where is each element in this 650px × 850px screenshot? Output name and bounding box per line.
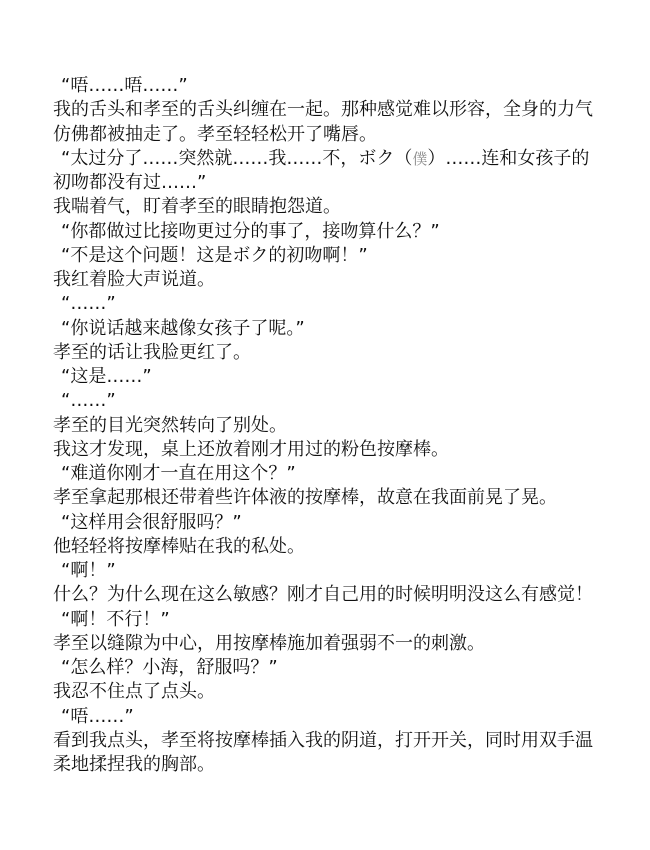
text-line-4: “太过分了……突然就……我……不，ボク（僕）……连和女孩子的 (53, 147, 613, 171)
text-line-8: “不是这个问题！这是ボク的初吻啊！” (53, 244, 613, 268)
text-line-1: “唔……唔……” (53, 74, 613, 98)
text-line-9: 我红着脸大声说道。 (53, 268, 613, 292)
text-line-20: 他轻轻将按摩棒贴在我的私处。 (53, 535, 613, 559)
document-page: “唔……唔……”我的舌头和孝至的舌头纠缠在一起。那种感觉难以形容，全身的力气仿佛… (0, 0, 650, 850)
text-line-16: 我这才发现，桌上还放着刚才用过的粉色按摩棒。 (53, 438, 613, 462)
text-line-11: “你说话越来越像女孩子了呢。” (53, 317, 613, 341)
page-text: “唔……唔……”我的舌头和孝至的舌头纠缠在一起。那种感觉难以形容，全身的力气仿佛… (53, 74, 613, 777)
text-line-15: 孝至的目光突然转向了别处。 (53, 414, 613, 438)
text-line-6: 我喘着气，盯着孝至的眼睛抱怨道。 (53, 195, 613, 219)
text-line-19: “这样用会很舒服吗？” (53, 511, 613, 535)
text-line-25: “怎么样？小海，舒服吗？” (53, 656, 613, 680)
text-line-12: 孝至的话让我脸更红了。 (53, 341, 613, 365)
text-line-21: “啊！” (53, 559, 613, 583)
text-line-24: 孝至以缝隙为中心，用按摩棒施加着强弱不一的刺激。 (53, 632, 613, 656)
text-line-10: “……” (53, 292, 613, 316)
text-line-14: “……” (53, 389, 613, 413)
text-line-7: “你都做过比接吻更过分的事了，接吻算什么？” (53, 220, 613, 244)
text-line-13: “这是……” (53, 365, 613, 389)
text-line-26: 我忍不住点了点头。 (53, 680, 613, 704)
text-line-3: 仿佛都被抽走了。孝至轻轻松开了嘴唇。 (53, 123, 613, 147)
text-line-23: “啊！不行！” (53, 608, 613, 632)
text-line-29: 柔地揉捏我的胸部。 (53, 753, 613, 777)
text-line-18: 孝至拿起那根还带着些许体液的按摩棒，故意在我面前晃了晃。 (53, 486, 613, 510)
text-line-2: 我的舌头和孝至的舌头纠缠在一起。那种感觉难以形容，全身的力气 (53, 98, 613, 122)
text-line-27: “唔……” (53, 705, 613, 729)
text-line-22: 什么？为什么现在这么敏感？刚才自己用的时候明明没这么有感觉！ (53, 583, 613, 607)
text-segment: “太过分了……突然就……我……不，ボク（ (61, 148, 412, 169)
furigana-annotation: 僕 (412, 150, 427, 168)
text-segment: ）……连和女孩子的 (427, 148, 589, 169)
text-line-5: 初吻都没有过……” (53, 171, 613, 195)
text-line-28: 看到我点头，孝至将按摩棒插入我的阴道，打开开关，同时用双手温 (53, 729, 613, 753)
text-line-17: “难道你刚才一直在用这个？” (53, 462, 613, 486)
